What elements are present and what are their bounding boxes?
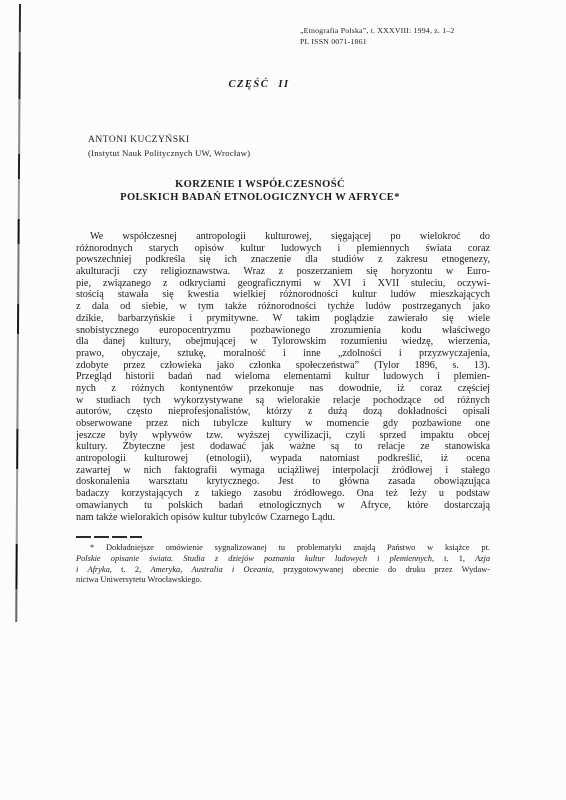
footnote-line: Polskie opisanie świata. Studia z dziejó… bbox=[76, 554, 490, 565]
article-title: KORZENIE I WSPÓŁCZESNOŚĆ POLSKICH BADAŃ … bbox=[75, 178, 445, 204]
body-line: w studiach tych wykorzystywane są wielor… bbox=[76, 395, 490, 407]
journal-reference: „Etnografia Polska”, t. XXXVIII: 1994, z… bbox=[300, 25, 455, 36]
footnote-volume-title: i Afryka bbox=[76, 565, 110, 574]
footnote-volume-title: Ameryka, Australia i Oceania bbox=[150, 565, 271, 574]
body-line: prawo, obyczaje, sztukę, moralność i inn… bbox=[76, 348, 490, 360]
body-line: We współczesnej antropologii kulturowej,… bbox=[76, 231, 490, 243]
body-line: pie, związanego z odkryciami geograficzn… bbox=[76, 278, 490, 290]
author-name: ANTONI KUCZYŃSKI bbox=[88, 134, 250, 147]
footnote: * Dokładniejsze omówienie sygnalizowanej… bbox=[76, 543, 490, 586]
article-title-line1: KORZENIE I WSPÓŁCZESNOŚĆ bbox=[75, 178, 445, 191]
body-line: akulturacji czy religioznawstwa. Wraz z … bbox=[76, 266, 490, 278]
body-paragraph: We współczesnej antropologii kulturowej,… bbox=[76, 231, 490, 523]
body-line: nam także wielorakich opisów kultur tuby… bbox=[76, 512, 490, 524]
body-line: obserwowane przez nich tubylcze kultury … bbox=[76, 418, 490, 430]
part-heading: CZĘŚĆ II bbox=[75, 79, 443, 90]
scanned-journal-page: „Etnografia Polska”, t. XXXVIII: 1994, z… bbox=[0, 0, 566, 800]
body-line: snobistycznego europocentryzmu pozbawion… bbox=[76, 325, 490, 337]
body-line: dzikie, barbarzyńskie i prymitywne. W ta… bbox=[76, 313, 490, 325]
issn: PL ISSN 0071-1861 bbox=[300, 36, 455, 47]
body-line: zawartej w nich faktografii wymaga uciąż… bbox=[76, 465, 490, 477]
body-line: różnorodnych starych opisów kultur ludow… bbox=[76, 243, 490, 255]
footnote-text: , t. 2, bbox=[110, 565, 151, 574]
body-line: kultury. Zbyteczne jest dodawać jak ważn… bbox=[76, 441, 490, 453]
footnote-line: * Dokładniejsze omówienie sygnalizowanej… bbox=[76, 543, 490, 554]
body-line: badaczy korzystających z takiego zasobu … bbox=[76, 488, 490, 500]
article-title-line2: POLSKICH BADAŃ ETNOLOGICZNYCH W AFRYCE* bbox=[75, 191, 445, 204]
body-line: nych z różnych kontynentów przekonuje na… bbox=[76, 383, 490, 395]
footnote-book-title: Polskie opisanie świata. Studia z dziejó… bbox=[76, 554, 432, 563]
body-line: stością stawała się kwestia wielkiej róż… bbox=[76, 289, 490, 301]
body-line: zdobyte przez człowieka jako członka spo… bbox=[76, 360, 490, 372]
journal-header: „Etnografia Polska”, t. XXXVIII: 1994, z… bbox=[300, 25, 455, 47]
body-line: powszechniej podkreśla się ich znaczenie… bbox=[76, 254, 490, 266]
footnote-line: i Afryka, t. 2, Ameryka, Australia i Oce… bbox=[76, 565, 490, 576]
author-affiliation: (Instytut Nauk Politycznych UW, Wrocław) bbox=[88, 147, 250, 160]
footnote-line: nictwa Uniwersytetu Wrocławskiego. bbox=[76, 575, 490, 586]
body-line: autorów, często nieprofesjonalistów, któ… bbox=[76, 406, 490, 418]
footnote-text: * Dokładniejsze omówienie sygnalizowanej… bbox=[90, 543, 490, 552]
author-block: ANTONI KUCZYŃSKI (Instytut Nauk Politycz… bbox=[88, 134, 250, 159]
footnote-text: nictwa Uniwersytetu Wrocławskiego. bbox=[76, 575, 202, 584]
body-line: jeszcze były wpływów tzw. wyższej cywili… bbox=[76, 430, 490, 442]
body-line: z dala od siebie, w tym także różnorodno… bbox=[76, 301, 490, 313]
body-line: doskonalenia warsztatu krytycznego. Jest… bbox=[76, 476, 490, 488]
body-line: Przegląd historii badań nad wieloma elem… bbox=[76, 371, 490, 383]
body-line: omawianych tu polskich badań etnologiczn… bbox=[76, 500, 490, 512]
footnote-separator bbox=[76, 536, 142, 538]
scan-artifact-line bbox=[15, 4, 21, 622]
footnote-text: , przygotowywanej obecnie do druku przez… bbox=[272, 565, 490, 574]
body-line: antropologii kulturowej (etnologii), wyp… bbox=[76, 453, 490, 465]
body-line: dla danej kultury, obejmującej w Tylorow… bbox=[76, 336, 490, 348]
footnote-text: , t. 1, bbox=[432, 554, 475, 563]
footnote-volume-title: Azja bbox=[475, 554, 490, 563]
